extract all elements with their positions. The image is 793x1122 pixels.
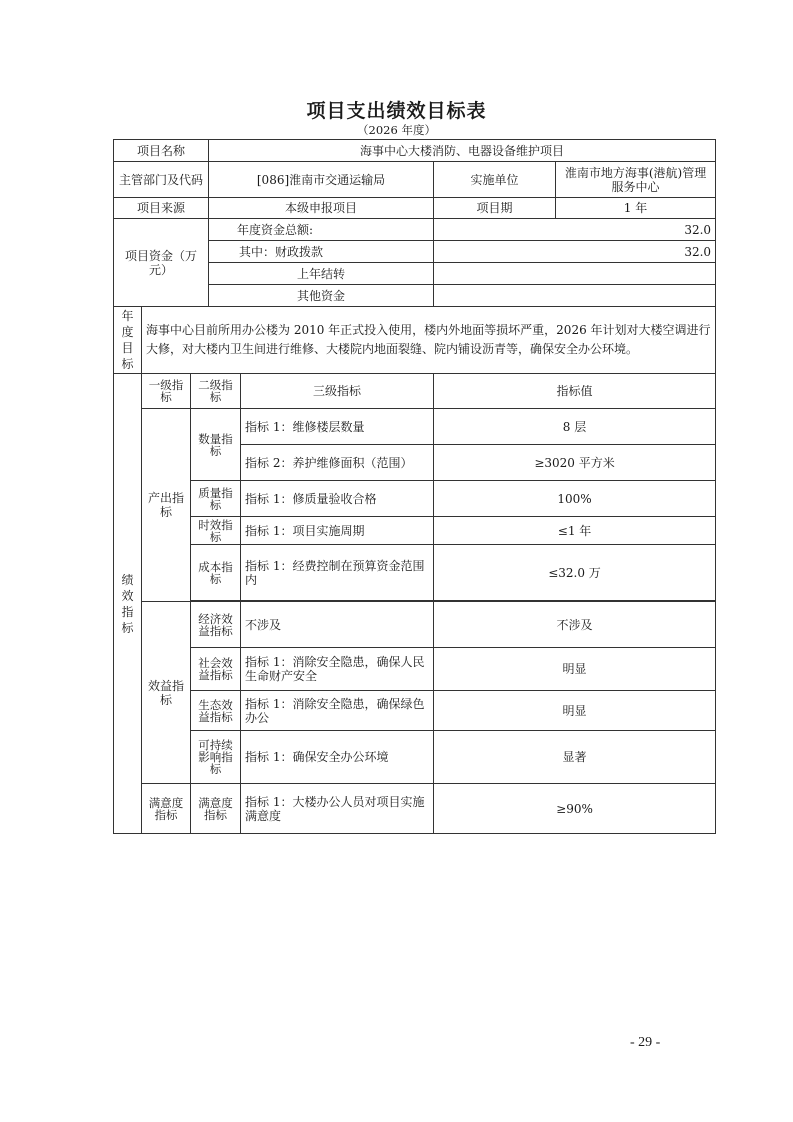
level3-timeliness: 指标 1：项目实施周期: [241, 517, 434, 545]
performance-label: 绩效指标: [114, 374, 142, 834]
level1-output: 产出指标: [142, 409, 191, 602]
header-level2: 二级指标: [191, 374, 241, 409]
level3-area: 指标 2：养护维修面积（范围）: [241, 445, 434, 481]
value-timeliness: ≤1 年: [434, 517, 716, 545]
period-value: 1 年: [556, 198, 716, 219]
funds-carryover-value: [434, 263, 716, 285]
funds-total-label: 年度资金总额:: [209, 219, 434, 241]
funds-total-value: 32.0: [434, 219, 716, 241]
impl-unit-value: 淮南市地方海事(港航)管理服务中心: [556, 162, 716, 198]
level2-satisfaction: 满意度指标: [191, 784, 241, 834]
level3-cost: 指标 1：经费控制在预算资金范围内: [241, 545, 434, 601]
header-value: 指标值: [434, 374, 716, 409]
level3-economic: 不涉及: [241, 602, 434, 648]
value-satisfaction: ≥90%: [434, 784, 716, 834]
funds-label: 项目资金（万元）: [114, 219, 209, 307]
level2-timeliness: 时效指标: [191, 517, 241, 545]
annual-goal-label: 年度目标: [114, 307, 142, 374]
value-cost: ≤32.0 万: [434, 545, 716, 601]
level1-satisfaction: 满意度指标: [142, 784, 191, 834]
level3-floors: 指标 1：维修楼层数量: [241, 409, 434, 445]
document-subtitle: （2026 年度）: [0, 122, 793, 138]
value-floors: 8 层: [434, 409, 716, 445]
value-economic: 不涉及: [434, 602, 716, 648]
level2-quality: 质量指标: [191, 481, 241, 517]
document-title: 项目支出绩效目标表: [0, 96, 793, 123]
level2-economic: 经济效益指标: [191, 602, 241, 648]
level2-sustainable: 可持续影响指标: [191, 731, 241, 784]
level2-cost: 成本指标: [191, 545, 241, 601]
level3-ecological: 指标 1：消除安全隐患，确保绿色办公: [241, 691, 434, 731]
value-area: ≥3020 平方米: [434, 445, 716, 481]
dept-label: 主管部门及代码: [114, 162, 209, 198]
value-ecological: 明显: [434, 691, 716, 731]
annual-goal-text: 海事中心目前所用办公楼为 2010 年正式投入使用，楼内外地面等损坏严重，202…: [142, 307, 716, 374]
level3-social: 指标 1：消除安全隐患，确保人民生命财产安全: [241, 648, 434, 691]
funds-other-value: [434, 285, 716, 307]
level2-quantity: 数量指标: [191, 409, 241, 481]
funds-fiscal-value: 32.0: [434, 241, 716, 263]
funds-other-label: 其他资金: [209, 285, 434, 307]
funds-fiscal-label: 其中：财政拨款: [209, 241, 434, 263]
header-level3: 三级指标: [241, 374, 434, 409]
performance-target-table: 项目名称 海事中心大楼消防、电器设备维护项目 主管部门及代码 [086]淮南市交…: [113, 139, 716, 834]
level3-quality: 指标 1：修质量验收合格: [241, 481, 434, 517]
source-label: 项目来源: [114, 198, 209, 219]
level2-social: 社会效益指标: [191, 648, 241, 691]
project-name-label: 项目名称: [114, 140, 209, 162]
impl-unit-label: 实施单位: [434, 162, 556, 198]
period-label: 项目期: [434, 198, 556, 219]
page-number: - 29 -: [630, 1035, 660, 1051]
value-quality: 100%: [434, 481, 716, 517]
project-name-value: 海事中心大楼消防、电器设备维护项目: [209, 140, 716, 162]
source-value: 本级申报项目: [209, 198, 434, 219]
value-social: 明显: [434, 648, 716, 691]
level1-benefit: 效益指标: [142, 602, 191, 784]
dept-value: [086]淮南市交通运输局: [209, 162, 434, 198]
value-sustainable: 显著: [434, 731, 716, 784]
level2-ecological: 生态效益指标: [191, 691, 241, 731]
level3-sustainable: 指标 1：确保安全办公环境: [241, 731, 434, 784]
header-level1: 一级指标: [142, 374, 191, 409]
funds-carryover-label: 上年结转: [209, 263, 434, 285]
level3-satisfaction: 指标 1：大楼办公人员对项目实施满意度: [241, 784, 434, 834]
